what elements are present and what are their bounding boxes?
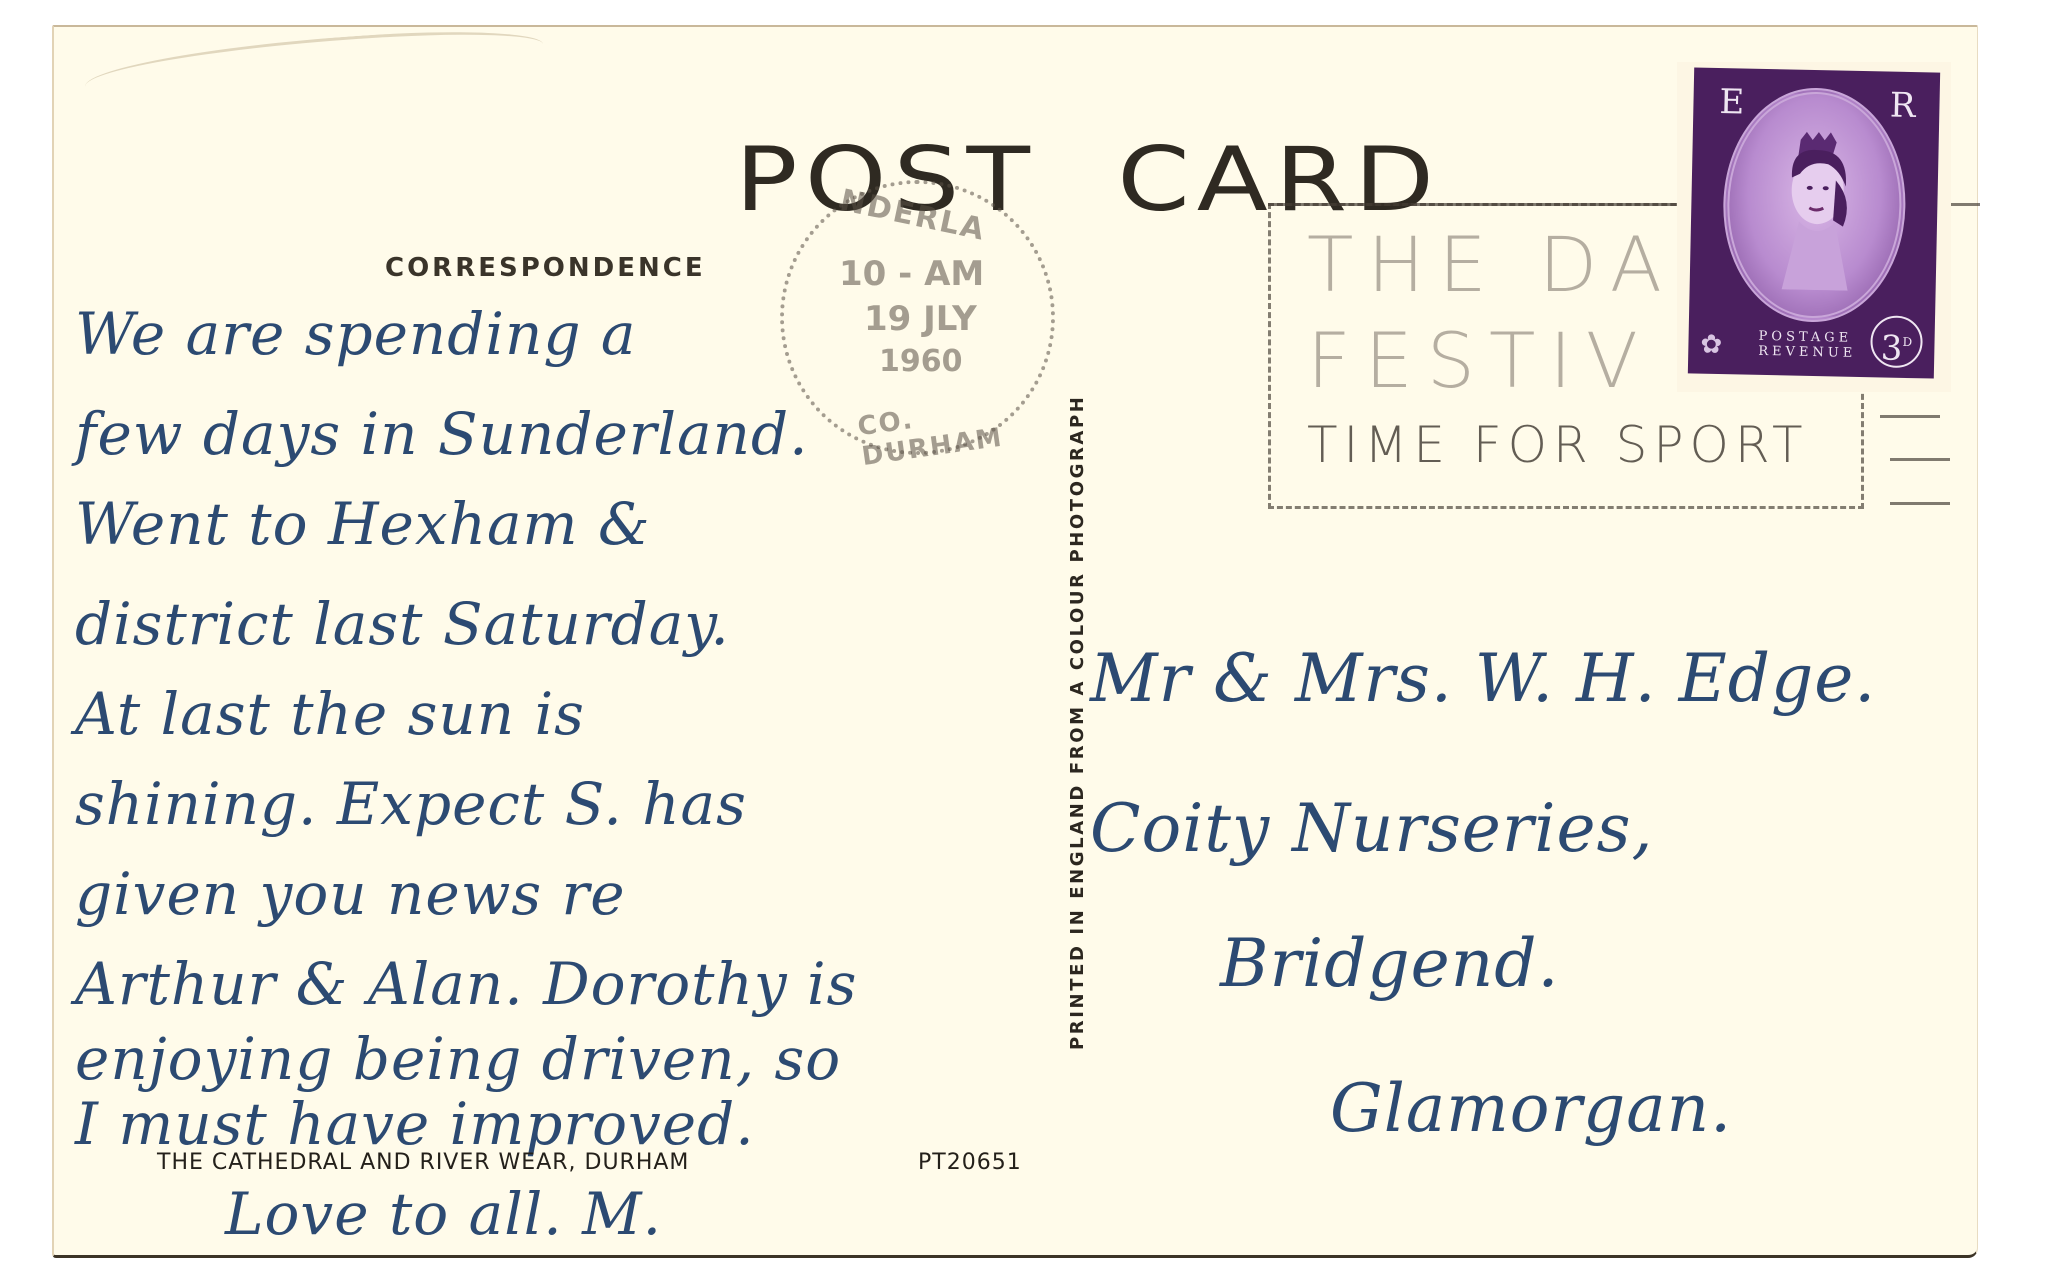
cancel-wavy-line <box>1890 458 1950 461</box>
message-line: given you news re <box>75 860 626 928</box>
photo-caption: THE CATHEDRAL AND RIVER WEAR, DURHAM <box>157 1150 689 1175</box>
stamp-label: POSTAGE REVENUE <box>1758 329 1857 361</box>
message-line: Went to Hexham & <box>75 490 651 558</box>
floral-emblem-icon: ✿ <box>1700 330 1722 360</box>
message-line: Arthur & Alan. Dorothy is <box>75 950 857 1018</box>
slogan-line-2: FESTIV <box>1307 316 1652 405</box>
stamp-value-number: 3 <box>1880 328 1902 368</box>
slogan-line-1: THE DA <box>1307 220 1676 309</box>
address-line: Glamorgan. <box>1330 1070 1732 1147</box>
message-line: few days in Sunderland. <box>75 400 809 468</box>
stamp-letter-r: R <box>1889 86 1915 127</box>
correspondence-label: CORRESPONDENCE <box>385 253 706 283</box>
stamp-portrait-frame <box>1721 86 1908 324</box>
address-line: Bridgend. <box>1220 925 1559 1002</box>
message-line: We are spending a <box>75 300 636 368</box>
corner-wear <box>83 23 546 108</box>
message-line: Love to all. M. <box>225 1180 662 1248</box>
postmark-town: NDERLA <box>837 183 989 248</box>
message-line: shining. Expect S. has <box>75 770 747 838</box>
queen-portrait-icon <box>1768 129 1861 291</box>
stamp-value-unit: D <box>1902 335 1912 349</box>
message-line: At last the sun is <box>75 680 585 748</box>
message-line: I must have improved. <box>75 1090 755 1158</box>
slogan-line-3: TIME FOR SPORT <box>1307 416 1809 474</box>
postage-stamp: E R ✿ POSTAGE REVENUE 3D <box>1677 62 1951 392</box>
address-line: Mr & Mrs. W. H. Edge. <box>1090 640 1876 717</box>
stamp-value: 3D <box>1870 315 1923 368</box>
stamp-letter-e: E <box>1719 82 1745 123</box>
catalog-code: PT20651 <box>918 1150 1022 1175</box>
postmark-date: 19 JLY <box>864 299 977 339</box>
stamp-label-revenue: REVENUE <box>1758 344 1856 361</box>
printing-credit: PRINTED IN ENGLAND FROM A COLOUR PHOTOGR… <box>1067 395 1088 1050</box>
address-line: Coity Nurseries, <box>1090 790 1653 867</box>
postmark-time: 10 - AM <box>839 254 984 294</box>
circular-postmark: NDERLA 10 - AM 19 JLY 1960 CO. DURHAM <box>780 180 1055 455</box>
postmark-year: 1960 <box>879 344 963 379</box>
message-line: enjoying being driven, so <box>75 1025 841 1093</box>
cancel-wavy-line <box>1880 415 1940 418</box>
message-line: district last Saturday. <box>75 590 730 658</box>
stamp-face: E R ✿ POSTAGE REVENUE 3D <box>1688 67 1940 378</box>
cancel-wavy-line <box>1890 502 1950 505</box>
